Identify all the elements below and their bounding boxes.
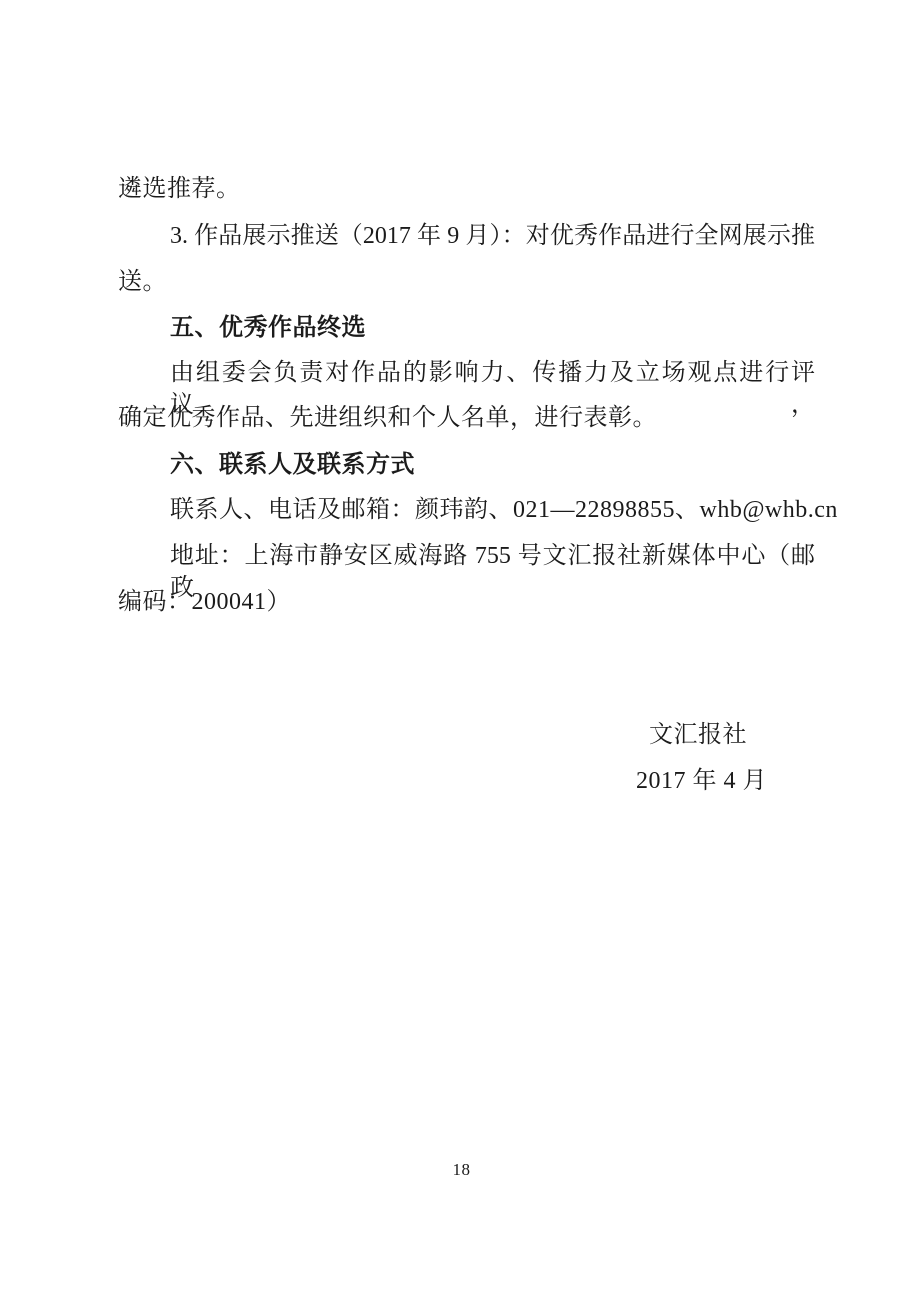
signature-date: 2017 年 4 月 xyxy=(636,760,767,795)
paragraph-continuation-line: 遴选推荐。 xyxy=(118,173,241,205)
postal-code-line: 编码：200041） xyxy=(118,586,291,618)
section-heading-5: 五、优秀作品终选 xyxy=(170,312,366,344)
section-heading-6: 六、联系人及联系方式 xyxy=(170,449,415,481)
list-item-3-line: 3. 作品展示推送（2017 年 9 月）：对优秀作品进行全网展示推 xyxy=(170,220,815,252)
page-number: 18 xyxy=(0,1160,923,1180)
list-item-3-wrap-line: 送。 xyxy=(118,266,167,298)
contact-info-line: 联系人、电话及邮箱：颜玮韵、021—22898855、whb@whb.cn xyxy=(170,494,838,526)
document-page: 遴选推荐。 3. 作品展示推送（2017 年 9 月）：对优秀作品进行全网展示推… xyxy=(0,0,923,1305)
signature-organization: 文汇报社 xyxy=(649,714,747,749)
section-5-body-line-2: 确定优秀作品、先进组织和个人名单，进行表彰。 xyxy=(118,402,657,434)
